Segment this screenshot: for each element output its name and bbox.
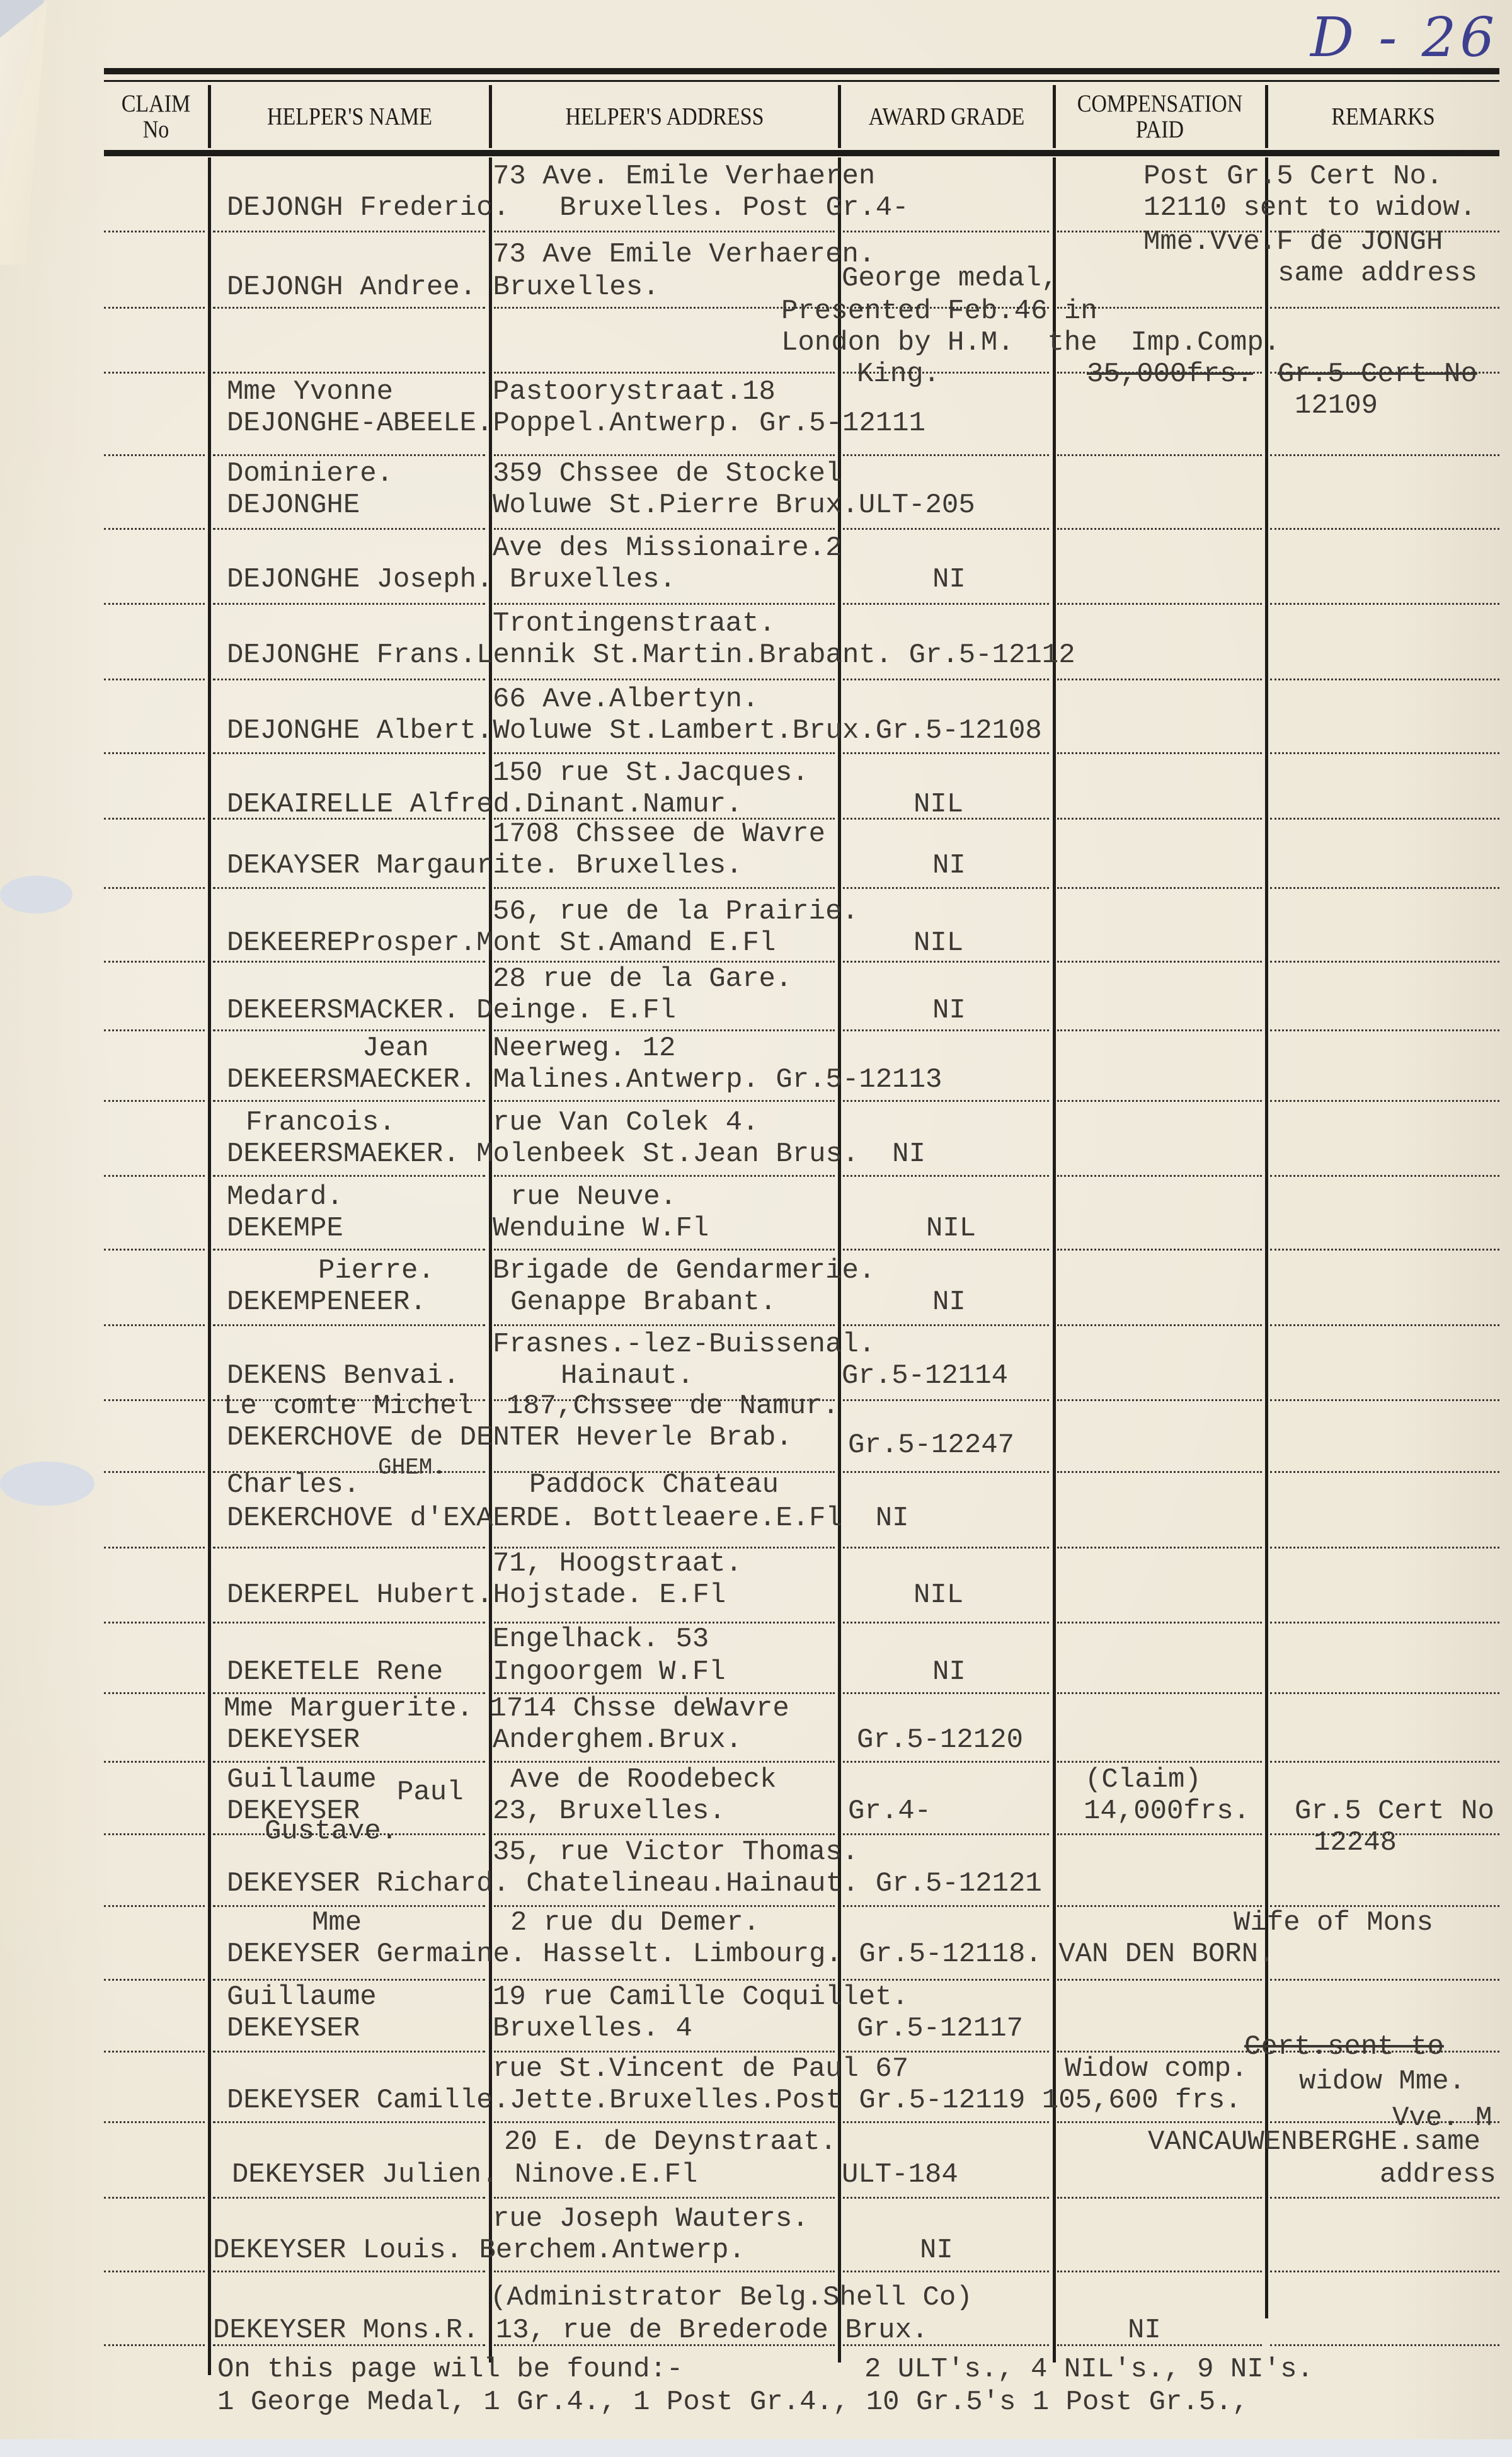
- column-divider: [489, 157, 492, 2362]
- award-line: London by H.M. the Imp.Comp.: [781, 329, 1280, 357]
- column-divider: [1265, 157, 1268, 2318]
- row-separator: [843, 1979, 1049, 1981]
- award-line: Gr.5-12114: [842, 1362, 1008, 1390]
- row-separator: [1057, 528, 1262, 530]
- row-separator: [104, 1547, 205, 1549]
- table-row-name: DEKEERSMAEKER. Molenbeek St.Jean Brus. N…: [227, 1140, 925, 1168]
- address-line: Ingoorgem W.Fl: [493, 1658, 726, 1686]
- row-separator: [843, 2197, 1049, 2199]
- award-line: NI: [932, 997, 966, 1024]
- table-row-name: Le comte Michel 187,Chssee de Namur.: [224, 1392, 839, 1420]
- row-separator: [1270, 1324, 1499, 1326]
- address-line: 150 rue St.Jacques.: [493, 759, 809, 787]
- address-line: 19 rue Camille Coquillet.: [493, 1983, 908, 2011]
- row-separator: [843, 1399, 1049, 1401]
- remarks-line: 12109: [1295, 392, 1378, 420]
- award-line: Gr.5-12120: [857, 1726, 1023, 1754]
- table-row-name: Francois.: [246, 1109, 396, 1137]
- row-separator: [104, 231, 205, 232]
- table-row-name: DEKERCHOVE d'EXAERDE. Bottleaere.E.Fl NI: [227, 1504, 909, 1532]
- award-line: NI: [932, 1288, 966, 1316]
- address-line: rue Joseph Wauters.: [493, 2205, 809, 2233]
- row-separator: [104, 1249, 205, 1251]
- row-separator: [1270, 818, 1499, 820]
- remarks-line: Mme.Vve.F de JONGH: [1143, 228, 1443, 256]
- address-line: 28 rue de la Gare.: [493, 965, 792, 993]
- remarks-line: widow Mme.: [1299, 2068, 1465, 2095]
- row-separator: [104, 1761, 205, 1763]
- header-top-rule: [104, 68, 1499, 74]
- row-separator: [104, 2344, 205, 2346]
- row-separator: [104, 752, 205, 754]
- row-separator: [494, 752, 835, 754]
- row-separator: [104, 1905, 205, 1907]
- row-separator: [494, 231, 835, 232]
- paper-tear: [0, 876, 72, 913]
- row-separator: [843, 1324, 1049, 1326]
- compensation-line: Widow comp.: [1065, 2055, 1247, 2083]
- row-separator: [213, 679, 485, 680]
- table-row-name: DEJONGHE Frans.Lennik St.Martin.Brabant.…: [227, 641, 1075, 669]
- row-separator: [1057, 2121, 1262, 2123]
- table-row-name: Guillaume: [227, 1766, 377, 1794]
- row-separator: [843, 1692, 1049, 1694]
- header-compensation-paid: COMPENSATION PAID: [1056, 91, 1264, 144]
- row-separator: [843, 1100, 1049, 1102]
- row-separator: [1057, 454, 1262, 456]
- compensation-line: Post Gr.5 Cert No.: [1143, 163, 1443, 190]
- address-line: Anderghem.Brux.: [493, 1726, 742, 1754]
- compensation-line: NI: [1128, 2317, 1161, 2344]
- row-separator: [1057, 1622, 1262, 1624]
- table-row-name: DEJONGHE-ABEELE.Poppel.Antwerp. Gr.5-121…: [227, 409, 925, 437]
- table-row-name: DEJONGHE Joseph. Bruxelles.: [227, 566, 676, 593]
- row-separator: [213, 1622, 485, 1624]
- row-separator: [104, 679, 205, 680]
- column-divider: [208, 157, 211, 2375]
- column-divider: [1053, 157, 1056, 2362]
- row-separator: [494, 961, 835, 963]
- row-separator: [843, 1905, 1049, 1907]
- award-line: NI: [932, 1658, 966, 1686]
- row-separator: [843, 1547, 1049, 1549]
- table-row-name: DEKENS Benvai.: [227, 1362, 460, 1390]
- address-line: Hainaut.: [561, 1362, 694, 1390]
- address-line: Trontingenstraat.: [493, 610, 776, 638]
- row-separator: [1057, 679, 1262, 680]
- row-separator: [494, 1324, 835, 1326]
- row-separator: [213, 2271, 485, 2272]
- remarks-line: Cert.sent to: [1244, 2033, 1444, 2061]
- award-line: ULT-184: [842, 2161, 958, 2189]
- row-separator: [843, 2121, 1049, 2123]
- table-row-name: DEKEYSER Julien. Ninove.E.Fl: [232, 2161, 697, 2189]
- row-separator: [104, 528, 205, 530]
- table-row-name: DEKEERSMACKER. Deinge. E.Fl: [227, 997, 676, 1024]
- row-separator: [213, 231, 485, 232]
- row-separator: [213, 1100, 485, 1102]
- table-row-name: DEJONGH Frederic. Bruxelles. Post Gr.4-: [227, 194, 909, 222]
- row-separator: [1057, 1547, 1262, 1549]
- award-line: George medal,: [842, 265, 1058, 292]
- row-separator: [1270, 1029, 1499, 1031]
- row-separator: [843, 1175, 1049, 1177]
- row-separator: [494, 454, 835, 456]
- row-separator: [1057, 1249, 1262, 1251]
- row-separator: [1057, 1029, 1262, 1031]
- row-separator: [843, 454, 1049, 456]
- row-separator: [104, 2271, 205, 2272]
- row-separator: [843, 679, 1049, 680]
- row-separator: [1057, 961, 1262, 963]
- row-separator: [104, 2051, 205, 2053]
- row-separator: [104, 454, 205, 456]
- header-claim-no: CLAIM No: [107, 91, 205, 144]
- row-separator: [1270, 1547, 1499, 1549]
- table-row-name: DEKEYSER: [227, 2015, 360, 2042]
- row-separator: [1057, 1833, 1262, 1835]
- row-separator: [1270, 1100, 1499, 1102]
- row-separator: [494, 528, 835, 530]
- address-line: Ave des Missionaire.2: [493, 534, 842, 562]
- row-separator: [104, 1029, 205, 1031]
- row-separator: [104, 818, 205, 820]
- row-separator: [104, 1471, 205, 1473]
- table-row-name: GHEM.: [378, 1454, 446, 1482]
- row-separator: [104, 887, 205, 889]
- row-separator: [843, 1622, 1049, 1624]
- row-separator: [843, 603, 1049, 605]
- row-separator: [494, 679, 835, 680]
- row-separator: [104, 1175, 205, 1177]
- table-row-name: DEKEYSER Richard. Chatelineau.Hainaut. G…: [227, 1870, 1042, 1898]
- address-line: Pastoorystraat.18: [493, 378, 776, 406]
- row-separator: [104, 1979, 205, 1981]
- row-separator: [1270, 1979, 1499, 1981]
- remarks-line: 12248: [1314, 1829, 1397, 1857]
- row-separator: [1270, 961, 1499, 963]
- table-row-name: Mme Yvonne: [227, 378, 393, 406]
- row-separator: [494, 1979, 835, 1981]
- row-separator: [1057, 1471, 1262, 1473]
- row-separator: [843, 528, 1049, 530]
- row-separator: [1057, 2051, 1262, 2053]
- row-separator: [494, 372, 835, 374]
- row-separator: [104, 1399, 205, 1401]
- table-row-name: DEJONGHE Albert.Woluwe St.Lambert.Brux.G…: [227, 717, 1042, 745]
- row-separator: [843, 1471, 1049, 1473]
- award-line: NIL: [913, 791, 963, 818]
- row-separator: [1270, 2344, 1499, 2346]
- table-row-name: Charles.: [227, 1471, 360, 1499]
- table-row-name: DEKAYSER Margaurite. Bruxelles.: [227, 852, 743, 879]
- header-helper-address: HELPER'S ADDRESS: [492, 104, 837, 130]
- table-row-name: DEKEYSER Louis. Berchem.Antwerp.: [213, 2236, 745, 2264]
- award-line: Gr.4-: [848, 1797, 931, 1825]
- table-row-name: DEKAIRELLE Alfred.Dinant.Namur.: [227, 791, 743, 818]
- row-separator: [1057, 1175, 1262, 1177]
- address-line: Neerweg. 12: [493, 1034, 675, 1062]
- row-separator: [213, 1979, 485, 1981]
- row-separator: [1057, 752, 1262, 754]
- compensation-line: 12110 sent to widow.: [1143, 194, 1476, 222]
- address-line: rue Neuve.: [510, 1183, 677, 1211]
- table-row-name: DEKEMPE: [227, 1215, 343, 1242]
- address-line: Bruxelles. 4: [493, 2015, 692, 2042]
- row-separator: [1057, 818, 1262, 820]
- row-separator: [1057, 1905, 1262, 1907]
- row-separator: [494, 2121, 835, 2123]
- header-helper-name: HELPER'S NAME: [211, 104, 488, 130]
- row-separator: [213, 752, 485, 754]
- row-separator: [104, 307, 205, 309]
- award-line: NI: [932, 852, 966, 879]
- address-line: 23, Bruxelles.: [493, 1797, 726, 1825]
- award-line: Gr.5-12247: [848, 1431, 1014, 1459]
- table-row-name: DEKERCHOVE de DENTER Heverle Brab.: [227, 1424, 793, 1452]
- row-separator: [494, 1249, 835, 1251]
- address-line: Woluwe St.Pierre Brux.ULT-205: [493, 491, 975, 519]
- address-line: rue Van Colek 4.: [493, 1109, 759, 1137]
- row-separator: [843, 1029, 1049, 1031]
- remarks-line: VANCAUWENBERGHE.same: [1148, 2128, 1480, 2156]
- row-separator: [494, 1833, 835, 1835]
- row-separator: [213, 1249, 485, 1251]
- row-separator: [1270, 1761, 1499, 1763]
- row-separator: [213, 1029, 485, 1031]
- table-row-name: DEJONGH Andree. Bruxelles.: [227, 273, 660, 301]
- award-line: Gr.5-12117: [857, 2015, 1023, 2042]
- address-line: rue St.Vincent de Paul 67: [493, 2055, 908, 2083]
- row-separator: [494, 887, 835, 889]
- row-separator: [843, 2271, 1049, 2272]
- table-row-name: DEKEERSMAECKER. Malines.Antwerp. Gr.5-12…: [227, 1066, 942, 1094]
- row-separator: [494, 2197, 835, 2199]
- row-separator: [843, 1761, 1049, 1763]
- row-separator: [494, 1029, 835, 1031]
- address-line: Engelhack. 53: [493, 1625, 709, 1653]
- row-separator: [843, 887, 1049, 889]
- row-separator: [1270, 679, 1499, 680]
- row-separator: [104, 961, 205, 963]
- row-separator: [494, 2051, 835, 2053]
- remarks-line: Gr.5 Cert No: [1278, 360, 1477, 388]
- row-separator: [1270, 1692, 1499, 1694]
- row-separator: [1270, 1622, 1499, 1624]
- award-line: NI: [920, 2236, 953, 2264]
- row-separator: [1057, 2271, 1262, 2272]
- row-separator: [104, 1100, 205, 1102]
- compensation-line: (Claim): [1085, 1766, 1201, 1794]
- row-separator: [213, 2121, 485, 2123]
- award-line: Presented Feb.46 in: [781, 297, 1097, 325]
- row-separator: [1057, 1979, 1262, 1981]
- table-row-name: DEKEYSER Mons.R. 13, rue de Brederode Br…: [213, 2317, 928, 2344]
- row-separator: [1057, 1761, 1262, 1763]
- row-separator: [1270, 603, 1499, 605]
- address-line: 71, Hoogstraat.: [493, 1550, 742, 1578]
- address-line: 56, rue de la Prairie.: [493, 898, 859, 925]
- header-award-grade: AWARD GRADE: [841, 104, 1052, 130]
- row-separator: [213, 307, 485, 309]
- row-separator: [1057, 1692, 1262, 1694]
- award-line: NIL: [913, 1581, 963, 1609]
- summary-counts: 2 ULT's., 4 NIL's., 9 NI's.: [864, 2353, 1314, 2386]
- row-separator: [213, 961, 485, 963]
- row-separator: [843, 1249, 1049, 1251]
- row-separator: [1270, 1249, 1499, 1251]
- remarks-line: Gr.5 Cert No: [1295, 1797, 1494, 1825]
- table-row-name: DEKEYSER Germaine. Hasselt. Limbourg. Gr…: [227, 1940, 1274, 1968]
- row-separator: [213, 603, 485, 605]
- table-row-name: Mme: [312, 1909, 362, 1937]
- row-separator: [213, 454, 485, 456]
- address-line: 73 Ave Emile Verhaeren.: [493, 241, 875, 268]
- award-line: NI: [932, 566, 966, 593]
- row-separator: [1270, 454, 1499, 456]
- table-row-name: Mme Marguerite. 1714 Chsse deWavre: [224, 1695, 789, 1722]
- table-row-name: Paul: [397, 1778, 464, 1806]
- address-line: 20 E. de Deynstraat.: [504, 2128, 837, 2156]
- row-separator: [104, 1622, 205, 1624]
- table-row-name: DEKERPEL Hubert.Hojstade. E.Fl: [227, 1581, 726, 1609]
- header-bottom-rule: [104, 150, 1499, 156]
- row-separator: [1270, 1399, 1499, 1401]
- row-separator: [213, 1324, 485, 1326]
- award-line: NIL: [926, 1215, 976, 1242]
- row-separator: [494, 1100, 835, 1102]
- row-separator: [1270, 307, 1499, 309]
- address-line: 35, rue Victor Thomas.: [493, 1838, 859, 1866]
- address-line: 73 Ave. Emile Verhaeren: [493, 163, 875, 190]
- address-line: Brigade de Gendarmerie.: [493, 1257, 875, 1285]
- table-row-name: Guillaume: [227, 1983, 377, 2011]
- summary-awards: 1 George Medal, 1 Gr.4., 1 Post Gr.4., 1…: [217, 2386, 1249, 2419]
- row-separator: [104, 1692, 205, 1694]
- paper-tear: [0, 1462, 94, 1506]
- row-separator: [843, 961, 1049, 963]
- row-separator: [213, 1547, 485, 1549]
- row-separator: [1057, 887, 1262, 889]
- row-separator: [1270, 2197, 1499, 2199]
- row-separator: [494, 1175, 835, 1177]
- address-line: 1708 Chssee de Wavre: [493, 820, 825, 848]
- address-line: 66 Ave.Albertyn.: [493, 685, 759, 713]
- address-line: Frasnes.-lez-Buissenal.: [493, 1331, 875, 1358]
- award-line: NIL: [913, 929, 963, 957]
- row-separator: [1270, 887, 1499, 889]
- address-line: Wenduine W.Fl: [493, 1215, 709, 1242]
- row-separator: [104, 1833, 205, 1835]
- row-separator: [1057, 1324, 1262, 1326]
- table-row-name: DEJONGHE: [227, 491, 360, 519]
- row-separator: [1057, 1399, 1262, 1401]
- table-row-name: DEKEYSER Camille.Jette.Bruxelles.Post Gr…: [227, 2087, 1242, 2114]
- row-separator: [213, 528, 485, 530]
- row-separator: [213, 1761, 485, 1763]
- row-separator: [494, 1761, 835, 1763]
- address-line: Ave de Roodebeck: [510, 1766, 776, 1794]
- page-reference: D - 26: [1310, 6, 1498, 69]
- header-top-thin-rule: [104, 80, 1499, 82]
- row-separator: [1270, 528, 1499, 530]
- row-separator: [494, 2271, 835, 2272]
- row-separator: [1270, 1175, 1499, 1177]
- table-row-name: DEKEEREProsper.Mont St.Amand E.Fl: [227, 929, 776, 957]
- table-row-name: Medard.: [227, 1183, 343, 1211]
- table-row-name: Gustave.: [265, 1818, 398, 1845]
- row-separator: [843, 752, 1049, 754]
- remarks-line: address: [1380, 2161, 1496, 2189]
- row-separator: [1057, 2197, 1262, 2199]
- row-separator: [843, 1833, 1049, 1835]
- row-separator: [104, 2197, 205, 2199]
- row-separator: [213, 372, 485, 374]
- row-separator: [1057, 1100, 1262, 1102]
- row-separator: [213, 887, 485, 889]
- row-separator: [1270, 752, 1499, 754]
- summary-label: On this page will be found:-: [217, 2353, 683, 2386]
- row-separator: [843, 231, 1049, 232]
- row-separator: [1270, 1471, 1499, 1473]
- row-separator: [843, 2051, 1049, 2053]
- address-line: 359 Chssee de Stockel: [493, 460, 842, 488]
- address-line: Genappe Brabant.: [510, 1288, 776, 1316]
- compensation-line: 35,000frs.: [1087, 360, 1253, 388]
- row-separator: [494, 603, 835, 605]
- table-row-name: DEKEMPENEER.: [227, 1288, 427, 1316]
- row-separator: [213, 2197, 485, 2199]
- remarks-line: same address: [1278, 260, 1477, 287]
- row-separator: [104, 372, 205, 374]
- row-separator: [104, 2121, 205, 2123]
- award-line: King.: [857, 360, 940, 388]
- address-line: 2 rue du Demer.: [510, 1909, 760, 1937]
- row-separator: [213, 1175, 485, 1177]
- address-line: (Administrator Belg.Shell Co): [490, 2284, 973, 2311]
- table-row-name: DEKETELE Rene: [227, 1658, 443, 1686]
- row-separator: [104, 1324, 205, 1326]
- table-row-name: DEKEYSER: [227, 1726, 360, 1754]
- remarks-line: Wife of Mons: [1234, 1909, 1433, 1937]
- row-separator: [213, 2051, 485, 2053]
- table-row-name: Jean: [362, 1034, 429, 1062]
- row-separator: [104, 603, 205, 605]
- header-remarks: REMARKS: [1268, 104, 1498, 130]
- table-row-name: Pierre.: [318, 1257, 435, 1285]
- row-separator: [1057, 603, 1262, 605]
- compensation-line: 14,000frs.: [1084, 1797, 1250, 1825]
- row-separator: [1270, 2271, 1499, 2272]
- table-row-name: Dominiere.: [227, 460, 393, 488]
- address-line: Paddock Chateau: [529, 1471, 779, 1499]
